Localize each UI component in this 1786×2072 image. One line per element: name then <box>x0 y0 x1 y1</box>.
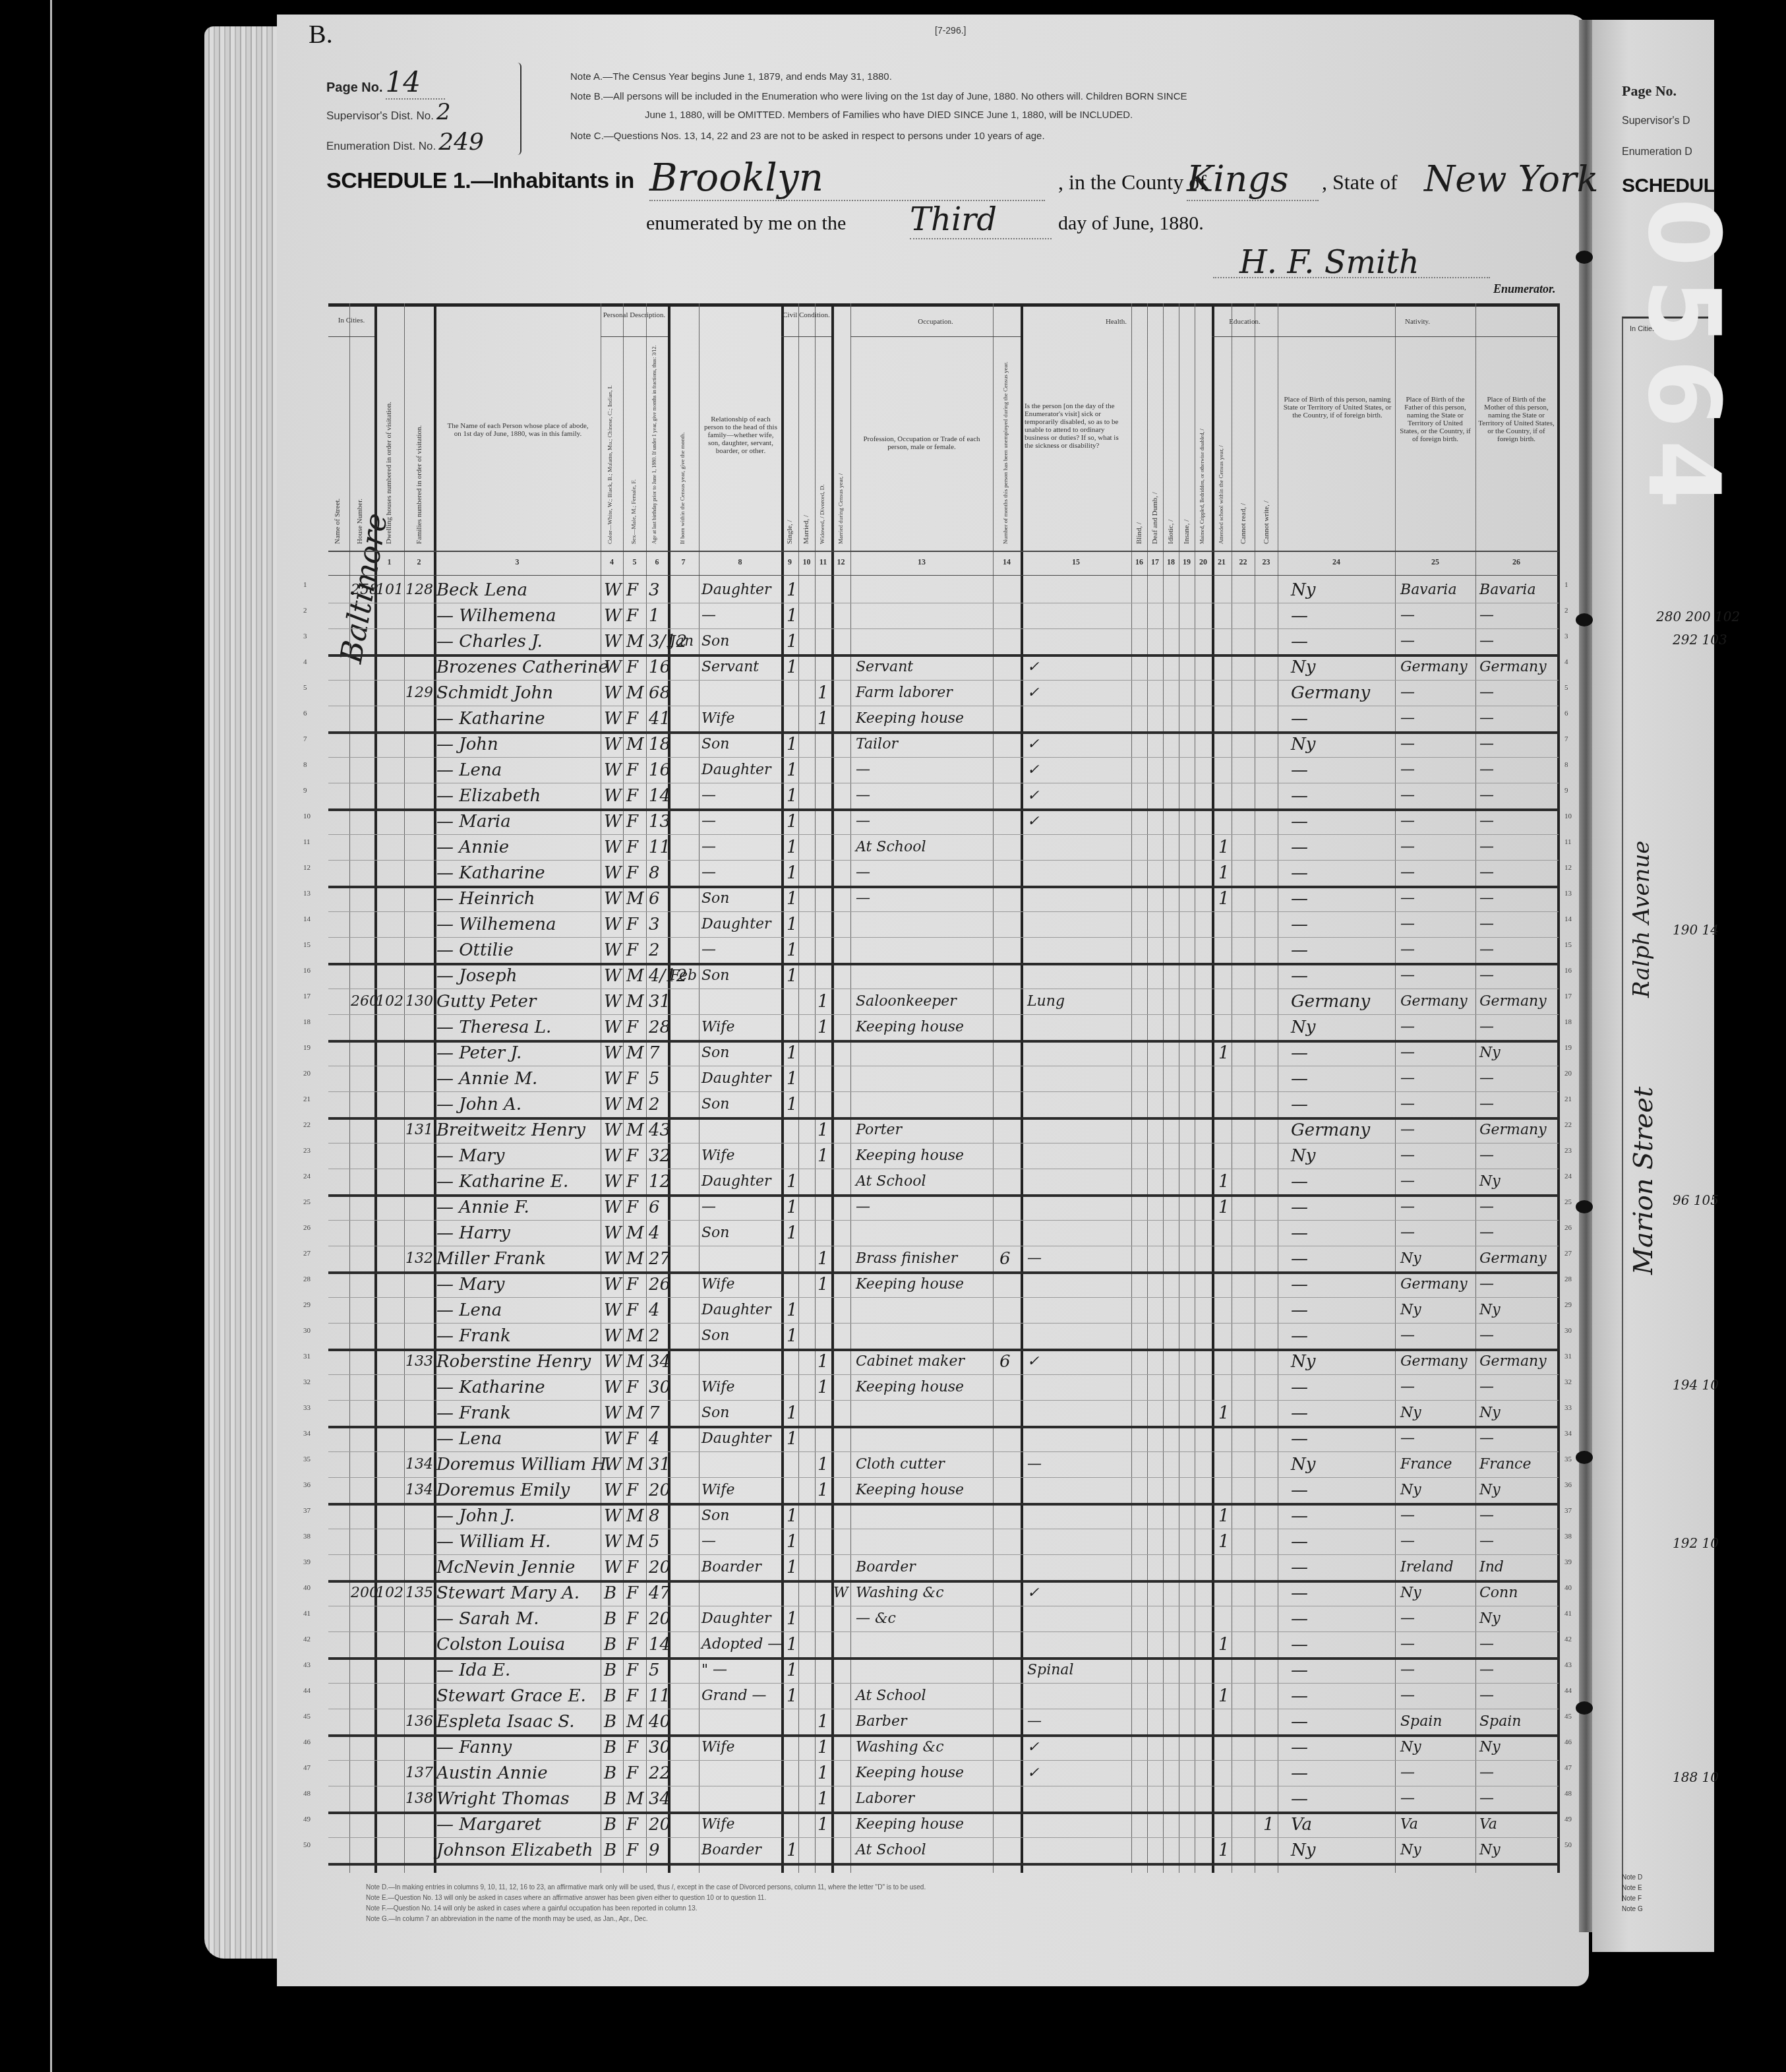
table-row: 1515— OttilieWF2—1——— <box>328 937 1559 965</box>
col-number: 25 <box>1395 557 1475 567</box>
row-number: 43 <box>303 1661 311 1669</box>
cell-color: B <box>604 1583 616 1604</box>
cell-age: 32 <box>649 1145 669 1167</box>
row-number: 4 <box>303 658 307 666</box>
cell-sex: M <box>626 631 644 652</box>
cell-bp: — <box>1291 1506 1308 1527</box>
hdr-c16: Blind, / <box>1135 522 1143 544</box>
cell-bp: — <box>1291 605 1308 626</box>
cell-rel: Son <box>701 1325 730 1347</box>
cell-month: Feb <box>670 965 697 987</box>
cell-rel: — <box>701 837 716 858</box>
cell-age: 26 <box>649 1274 669 1295</box>
cell-month: Jan <box>670 631 694 652</box>
cell-name: — William H. <box>436 1531 551 1552</box>
adjacent-house-entry: 292 103 <box>1673 632 1727 648</box>
cell-color: W <box>604 1428 622 1449</box>
row-number-right: 41 <box>1564 1610 1572 1618</box>
row-number: 25 <box>303 1198 311 1206</box>
col-number: 20 <box>1195 557 1212 567</box>
cell-age: 4/12 <box>649 965 669 987</box>
cell-single: 1 <box>787 837 798 858</box>
cell-color: W <box>604 991 622 1012</box>
cell-age: 20 <box>649 1557 669 1578</box>
table-row: 4747137Austin AnnieBF221Keeping house✓——… <box>328 1760 1559 1786</box>
cell-name: Schmidt John <box>436 683 553 704</box>
cell-name: Johnson Elizabeth <box>436 1840 593 1861</box>
cell-bp: — <box>1291 1068 1308 1089</box>
cell-color: W <box>604 811 622 832</box>
row-number-right: 48 <box>1564 1790 1572 1798</box>
cell-sick: ✓ <box>1027 1763 1039 1784</box>
cell-bp: — <box>1291 811 1308 832</box>
cell-fbp: — <box>1400 940 1415 961</box>
table-row: 4545136Espleta Isaac S.BM401Barber——Spai… <box>328 1709 1559 1737</box>
row-number: 38 <box>303 1533 311 1540</box>
cell-single: 1 <box>787 657 798 678</box>
cell-age: 3 <box>649 580 660 601</box>
cell-fbp: Germany <box>1400 1274 1468 1295</box>
cell-married: 1 <box>818 1763 829 1784</box>
row-number-right: 7 <box>1564 735 1568 743</box>
cell-bp: — <box>1291 1531 1308 1552</box>
col-number: 23 <box>1255 557 1278 567</box>
hdr-c14: Number of months this person has been un… <box>1002 362 1009 544</box>
cell-name: Beck Lena <box>436 580 527 601</box>
cell-sex: F <box>626 863 638 884</box>
cell-color: W <box>604 734 622 755</box>
table-row: 1212— KatharineWF8—1—1——— <box>328 860 1559 888</box>
cell-age: 16 <box>649 657 669 678</box>
cell-single: 1 <box>787 1197 798 1218</box>
cell-sick: Lung <box>1027 991 1065 1012</box>
cell-sex: F <box>626 914 638 935</box>
cell-color: W <box>604 657 622 678</box>
cell-single: 1 <box>787 1531 798 1552</box>
cell-name: — Katharine E. <box>436 1171 568 1192</box>
cell-age: 7 <box>649 1043 660 1064</box>
cell-name: — Sarah M. <box>436 1608 539 1630</box>
cell-color: W <box>604 1480 622 1501</box>
cell-school: 1 <box>1218 1171 1230 1192</box>
row-number: 21 <box>303 1095 311 1103</box>
table-row: 2727132Miller FrankWM271Brass finisher6—… <box>328 1246 1559 1274</box>
cell-sick: ✓ <box>1027 1583 1039 1604</box>
cell-name: — Annie <box>436 837 509 858</box>
cell-rel: Wife <box>701 1814 734 1835</box>
row-number: 11 <box>303 838 311 846</box>
cell-color: W <box>604 1145 622 1167</box>
row-number: 15 <box>303 941 311 949</box>
cell-single: 1 <box>787 965 798 987</box>
cell-age: 18 <box>649 734 669 755</box>
row-number-right: 13 <box>1564 890 1572 898</box>
col-number: 7 <box>668 557 699 567</box>
cell-fbp: — <box>1400 811 1415 832</box>
col-number: 4 <box>601 557 623 567</box>
hdr-occupation: Occupation. <box>850 318 1021 326</box>
cell-family: 128 <box>405 580 433 601</box>
cell-color: W <box>604 888 622 909</box>
row-number-right: 47 <box>1564 1764 1572 1772</box>
cell-fbp: — <box>1400 1377 1415 1398</box>
row-number: 33 <box>303 1404 311 1412</box>
cell-single: 1 <box>787 888 798 909</box>
cell-occ: Keeping house <box>856 1274 964 1295</box>
cell-fbp: — <box>1400 1068 1415 1089</box>
cell-single: 1 <box>787 785 798 807</box>
hdr-c8: Relationship of each person to the head … <box>703 415 779 455</box>
row-number: 40 <box>303 1584 311 1592</box>
hdr-rule <box>328 336 374 337</box>
cell-mbp: — <box>1479 914 1494 935</box>
cell-age: 30 <box>649 1737 669 1758</box>
cell-sex: M <box>626 1531 644 1552</box>
col-number: 9 <box>781 557 798 567</box>
cell-mbp: — <box>1479 785 1494 807</box>
cell-color: W <box>604 1094 622 1115</box>
cell-single: 1 <box>787 811 798 832</box>
cell-school: 1 <box>1218 1634 1230 1655</box>
adjacent-schedule-label: SCHEDUL <box>1622 175 1715 197</box>
cell-rel: Son <box>701 1094 730 1115</box>
hdr-c10: Married, / <box>802 515 810 544</box>
row-number-right: 37 <box>1564 1507 1572 1515</box>
row-number: 44 <box>303 1687 311 1695</box>
cell-color: W <box>604 1377 622 1398</box>
cell-fbp: — <box>1400 683 1415 704</box>
cell-married: 1 <box>818 1017 829 1038</box>
cell-single: 1 <box>787 580 798 601</box>
cell-fbp: — <box>1400 760 1415 781</box>
adjacent-house-entry: 280 200 102 <box>1656 609 1740 625</box>
row-number-right: 35 <box>1564 1455 1572 1463</box>
cell-fbp: — <box>1400 631 1415 652</box>
cell-sick: ✓ <box>1027 760 1039 781</box>
cell-age: 2 <box>649 1325 660 1347</box>
hdr-c4: Color—White, W.; Black, B.; Mulatto, Mu.… <box>607 385 613 544</box>
cell-occ: Cabinet maker <box>856 1351 965 1372</box>
cell-sex: F <box>626 1608 638 1630</box>
hdr-c1: Dwelling houses numbered in order of vis… <box>385 402 393 544</box>
cell-house: 260 <box>351 991 374 1012</box>
note-f: Note F.—Question No. 14 will only be ask… <box>366 1904 926 1914</box>
cell-fbp: — <box>1400 1608 1415 1630</box>
cell-sex: F <box>626 760 638 781</box>
col-number: 22 <box>1232 557 1255 567</box>
cell-sex: F <box>626 1686 638 1707</box>
table-row: 3131133Roberstine HenryWM341Cabinet make… <box>328 1349 1559 1375</box>
hdr-nativity: Nativity. <box>1278 318 1557 326</box>
cell-name: — Katharine <box>436 1377 545 1398</box>
schedule-line: SCHEDULE 1.—Inhabitants in <box>326 168 634 194</box>
cell-bp: — <box>1291 1686 1308 1707</box>
col-number: 14 <box>993 557 1021 567</box>
cell-occ: Washing &c <box>856 1583 943 1604</box>
hdr-rule <box>601 336 668 337</box>
row-number: 9 <box>303 787 307 795</box>
note-g: Note G.—In column 7 an abbreviation in t… <box>366 1914 926 1925</box>
cell-rel: Son <box>701 888 730 909</box>
cell-sick: ✓ <box>1027 683 1039 704</box>
cell-fbp: — <box>1400 1506 1415 1527</box>
cell-color: W <box>604 940 622 961</box>
adjacent-notes: Note D Note E Note F Note G <box>1622 1873 1643 1915</box>
cell-color: W <box>604 683 622 704</box>
cell-age: 27 <box>649 1248 669 1269</box>
cell-mbp: Spain <box>1479 1711 1521 1732</box>
cell-single: 1 <box>787 605 798 626</box>
cell-age: 7 <box>649 1403 660 1424</box>
hdr-c11: Widowed, / Divorced, D. <box>819 484 825 544</box>
cell-rel: Son <box>701 965 730 987</box>
cell-mbp: — <box>1479 965 1494 987</box>
enumeration-field: Enumeration Dist. No. 249 <box>326 129 484 156</box>
cell-age: 20 <box>649 1608 669 1630</box>
cell-bp: — <box>1291 965 1308 987</box>
row-number-right: 16 <box>1564 967 1572 975</box>
cell-rel: Daughter <box>701 914 771 935</box>
cell-mbp: Ny <box>1479 1737 1501 1758</box>
col-number: 17 <box>1147 557 1163 567</box>
cell-fbp: Ny <box>1400 1583 1421 1604</box>
row-number: 36 <box>303 1481 311 1489</box>
cell-fbp: — <box>1400 708 1415 729</box>
cell-family: 137 <box>405 1763 433 1784</box>
cell-name: — Katharine <box>436 708 545 729</box>
cell-name: — Heinrich <box>436 888 535 909</box>
cell-color: B <box>604 1788 616 1810</box>
cell-color: B <box>604 1711 616 1732</box>
cell-age: 8 <box>649 1506 660 1527</box>
cell-sex: F <box>626 811 638 832</box>
cell-age: 5 <box>649 1068 660 1089</box>
enumerated-label: enumerated by me on the <box>646 212 846 235</box>
cell-sick: ✓ <box>1027 811 1039 832</box>
cell-sex: F <box>626 1634 638 1655</box>
supervisor-value: 2 <box>436 99 451 125</box>
binding-ring <box>1576 1200 1593 1213</box>
note-a: Note A.—The Census Year begins June 1, 1… <box>570 71 892 82</box>
cell-rel: — <box>701 605 716 626</box>
adjacent-house-entry: 188 10 <box>1673 1769 1719 1785</box>
cell-married: 1 <box>818 1737 829 1758</box>
cell-color: W <box>604 1171 622 1192</box>
cell-sick: ✓ <box>1027 1737 1039 1758</box>
binding-ring <box>1576 251 1593 264</box>
cell-sex: M <box>626 1454 644 1475</box>
cell-color: B <box>604 1634 616 1655</box>
cell-family: 129 <box>405 683 433 704</box>
table-row: 3232— KatharineWF30Wife1Keeping house——— <box>328 1374 1559 1401</box>
row-number-right: 49 <box>1564 1815 1572 1823</box>
cell-age: 31 <box>649 991 669 1012</box>
cell-sex: F <box>626 1145 638 1167</box>
adjacent-note: Note E <box>1622 1883 1643 1894</box>
hdr-c5: Sex—Male, M.; Female, F. <box>630 479 637 544</box>
cell-fbp: — <box>1400 914 1415 935</box>
row-number: 14 <box>303 915 311 923</box>
cell-name: — Frank <box>436 1325 511 1347</box>
cell-married: 1 <box>818 1814 829 1835</box>
hdr-rule <box>1212 336 1278 337</box>
cell-rel: Son <box>701 1043 730 1064</box>
table-row: 2424— Katharine E.WF12Daughter1At School… <box>328 1169 1559 1197</box>
cell-single: 1 <box>787 1171 798 1192</box>
cell-school: 1 <box>1218 1506 1230 1527</box>
col-number: 21 <box>1212 557 1232 567</box>
cell-mbp: Ny <box>1479 1840 1501 1861</box>
adjacent-supervisor-label: Supervisor's D <box>1622 115 1690 127</box>
table-row: 2525— Annie F.WF6—1—1——— <box>328 1194 1559 1221</box>
cell-mbp: — <box>1479 1068 1494 1089</box>
row-number: 31 <box>303 1353 311 1360</box>
cell-name: — Charles J. <box>436 631 543 652</box>
cell-bp: — <box>1291 1300 1308 1321</box>
cell-name: Colston Louisa <box>436 1634 565 1655</box>
cell-sex: M <box>626 734 644 755</box>
cell-sex: F <box>626 1068 638 1089</box>
cell-sex: F <box>626 657 638 678</box>
row-number-right: 50 <box>1564 1841 1572 1849</box>
cell-bp: Ny <box>1291 1840 1315 1861</box>
row-number-right: 36 <box>1564 1481 1572 1489</box>
cell-rel: Servant <box>701 657 759 678</box>
row-number: 6 <box>303 710 307 717</box>
cell-name: — Harry <box>436 1223 510 1244</box>
cell-age: 14 <box>649 1634 669 1655</box>
table-row: 1919— Peter J.WM7Son11——Ny <box>328 1040 1559 1066</box>
cell-occ: Keeping house <box>856 1480 964 1501</box>
hdr-rule <box>781 336 831 337</box>
census-table: In Cities. Personal Description. Civil C… <box>328 303 1559 1873</box>
cell-married: 1 <box>818 1248 829 1269</box>
table-row: 2929— LenaWF4Daughter1—NyNy <box>328 1297 1559 1324</box>
cell-occ: — <box>856 811 870 832</box>
cell-mbp: — <box>1479 1274 1494 1295</box>
row-number: 8 <box>303 761 307 769</box>
cell-age: 2 <box>649 1094 660 1115</box>
cell-name: — Frank <box>436 1403 511 1424</box>
cell-bp: Ny <box>1291 580 1315 601</box>
cell-fbp: Germany <box>1400 657 1468 678</box>
cell-single: 1 <box>787 1506 798 1527</box>
cell-occ: — <box>856 785 870 807</box>
cell-mbp: Ny <box>1479 1300 1501 1321</box>
hdr-house: House Number. <box>356 499 364 544</box>
cell-mbp: — <box>1479 1660 1494 1681</box>
cell-bp: — <box>1291 1223 1308 1244</box>
row-number-right: 28 <box>1564 1275 1572 1283</box>
cell-name: Stewart Grace E. <box>436 1686 586 1707</box>
cell-fbp: — <box>1400 785 1415 807</box>
cell-sick: — <box>1027 1248 1042 1269</box>
cell-mbp: — <box>1479 811 1494 832</box>
row-number-right: 21 <box>1564 1095 1572 1103</box>
cell-mbp: Germany <box>1479 1120 1547 1141</box>
cell-fbp: — <box>1400 1120 1415 1141</box>
cell-school: 1 <box>1218 1840 1230 1861</box>
cell-mbp: Conn <box>1479 1583 1518 1604</box>
cell-name: Espleta Isaac S. <box>436 1711 574 1732</box>
cell-occ: Boarder <box>856 1557 916 1578</box>
row-number: 27 <box>303 1250 311 1258</box>
cell-bp: — <box>1291 1583 1308 1604</box>
cell-fbp: Bavaria <box>1400 580 1457 601</box>
row-number: 24 <box>303 1173 311 1180</box>
cell-house: 200 <box>351 1583 374 1604</box>
cell-fbp: — <box>1400 1660 1415 1681</box>
cell-occ: Cloth cutter <box>856 1454 945 1475</box>
cell-fbp: Ny <box>1400 1737 1421 1758</box>
table-row: 4444Stewart Grace E.BF11Grand —1At Schoo… <box>328 1683 1559 1709</box>
cell-occ: Keeping house <box>856 708 964 729</box>
table-row: 55129Schmidt JohnWM681Farm laborer✓Germa… <box>328 680 1559 706</box>
cell-name: — Lena <box>436 1428 502 1449</box>
cell-fbp: Ny <box>1400 1480 1421 1501</box>
hdr-rule <box>328 551 1559 552</box>
row-number: 20 <box>303 1070 311 1078</box>
state-value: New York <box>1424 158 1599 200</box>
row-number-right: 2 <box>1564 607 1568 615</box>
cell-rel: Boarder <box>701 1840 761 1861</box>
hdr-in-cities: In Cities. <box>328 317 374 324</box>
adjacent-house-entry: 194 10 <box>1673 1377 1719 1393</box>
cell-mbp: Ny <box>1479 1171 1501 1192</box>
cell-bp: — <box>1291 1197 1308 1218</box>
row-number: 29 <box>303 1301 311 1309</box>
cell-mbp: — <box>1479 940 1494 961</box>
cell-single: 1 <box>787 1608 798 1630</box>
row-number: 3 <box>303 632 307 640</box>
cell-occ: At School <box>856 837 926 858</box>
table-row: 4343— Ida E.BF5" —1Spinal——— <box>328 1657 1559 1684</box>
cell-rel: Daughter <box>701 1608 771 1630</box>
row-number: 48 <box>303 1790 311 1798</box>
cell-bp: Germany <box>1291 991 1370 1012</box>
hdr-c17: Deaf and Dumb, / <box>1151 492 1159 544</box>
cell-name: Austin Annie <box>436 1763 548 1784</box>
cell-age: 28 <box>649 1017 669 1038</box>
table-row: 1313— HeinrichWM6Son1—1——— <box>328 886 1559 912</box>
table-row: 2222131Breitweitz HenryWM431PorterGerman… <box>328 1117 1559 1143</box>
table-row: 4949— MargaretBF20Wife1Keeping house1VaV… <box>328 1812 1559 1838</box>
table-row: 1717260102130Gutty PeterWM311Saloonkeepe… <box>328 989 1559 1015</box>
hdr-c2: Families numbered in order of visitation… <box>415 425 423 544</box>
cell-fbp: — <box>1400 1094 1415 1115</box>
cell-fbp: — <box>1400 888 1415 909</box>
cell-rel: Wife <box>701 1017 734 1038</box>
cell-bp: — <box>1291 1480 1308 1501</box>
note-d: Note D.—In making entries in columns 9, … <box>366 1883 926 1893</box>
cell-rel: Daughter <box>701 1428 771 1449</box>
cell-bp: — <box>1291 1428 1308 1449</box>
page-no-label: Page No. <box>326 80 383 95</box>
cell-color: B <box>604 1737 616 1758</box>
cell-fbp: Germany <box>1400 1351 1468 1372</box>
cell-married: 1 <box>818 1377 829 1398</box>
row-number: 45 <box>303 1713 311 1721</box>
cell-sex: M <box>626 1325 644 1347</box>
row-number: 28 <box>303 1275 311 1283</box>
cell-age: 22 <box>649 1763 669 1784</box>
table-row: 33— Charles J.WM3/12JanSon1——— <box>328 628 1559 657</box>
cell-name: — Peter J. <box>436 1043 521 1064</box>
row-number: 22 <box>303 1121 311 1129</box>
cell-single: 1 <box>787 940 798 961</box>
row-number: 30 <box>303 1327 311 1335</box>
cell-mbp: — <box>1479 1223 1494 1244</box>
